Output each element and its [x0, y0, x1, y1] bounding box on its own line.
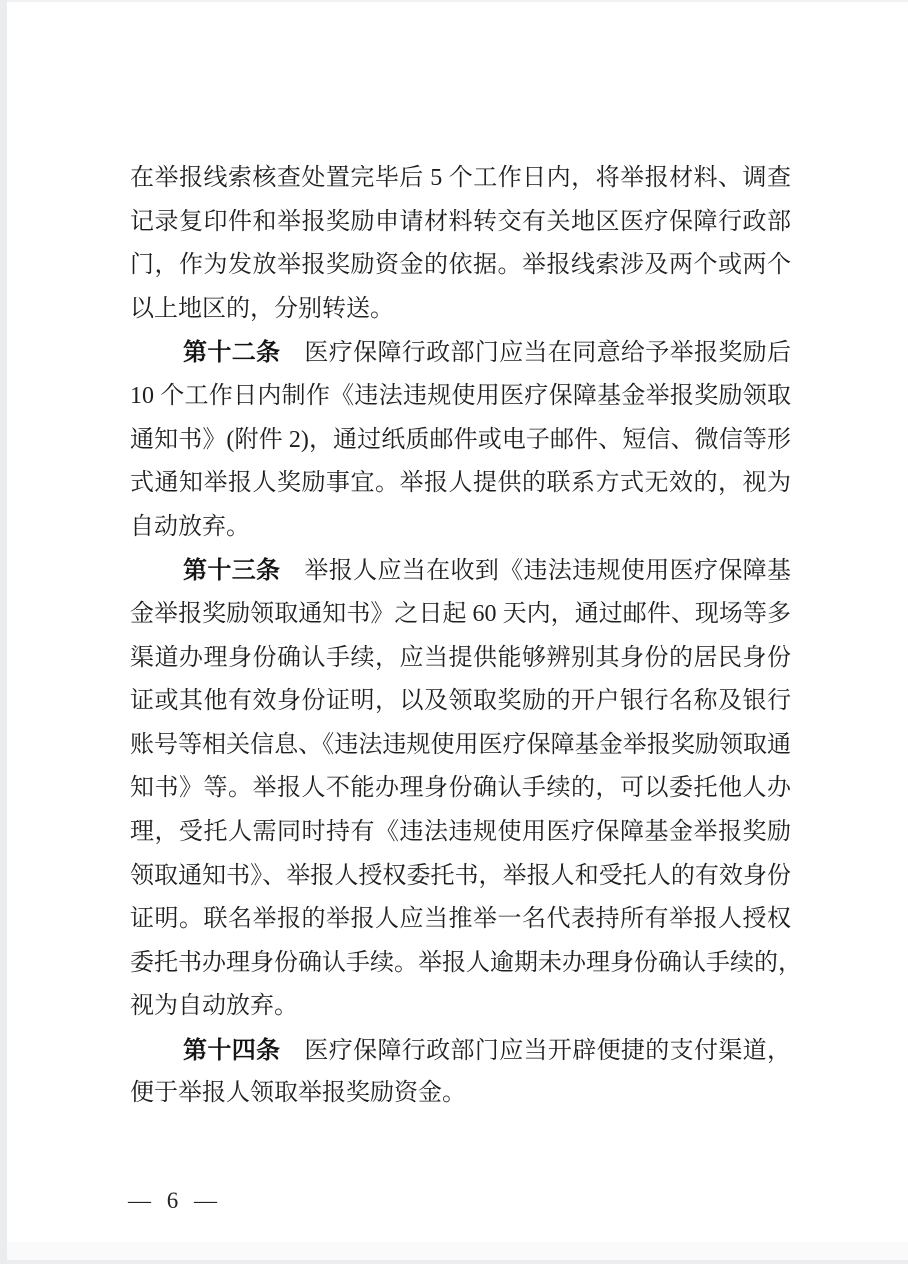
scan-edge-left — [0, 0, 7, 1264]
text-line: 10 个工作日内制作《违法违规使用医疗保障基金举报奖励领取 — [130, 375, 791, 419]
scan-edge-top — [0, 0, 908, 2]
scan-edge-bottom — [0, 1242, 908, 1264]
text-line: 证或其他有效身份证明，以及领取奖励的开户银行名称及银行 — [130, 680, 791, 724]
document-page: { "doc": { "lines": [ { "text": "在举报线索核查… — [0, 0, 908, 1264]
article-14-opening-line: 第十四条医疗保障行政部门应当开辟便捷的支付渠道， — [130, 1029, 791, 1073]
article-13-opening-line: 第十三条举报人应当在收到《违法违规使用医疗保障基 — [130, 549, 791, 593]
text-line: 领取通知书》、举报人授权委托书，举报人和受托人的有效身份 — [130, 855, 791, 899]
text-line: 自动放弃。 — [130, 506, 791, 550]
article-text: 举报人应当在收到《违法违规使用医疗保障基 — [304, 558, 791, 584]
text-line: 记录复印件和举报奖励申请材料转交有关地区医疗保障行政部 — [130, 201, 791, 245]
article-text: 医疗保障行政部门应当在同意给予举报奖励后 — [304, 340, 791, 366]
text-line: 以上地区的，分别转送。 — [130, 288, 791, 332]
text-line: 委托书办理身份确认手续。举报人逾期未办理身份确认手续的， — [130, 942, 791, 986]
article-text: 医疗保障行政部门应当开辟便捷的支付渠道， — [304, 1038, 791, 1064]
text-line: 门，作为发放举报奖励资金的依据。举报线索涉及两个或两个 — [130, 244, 791, 288]
text-line: 式通知举报人奖励事宜。举报人提供的联系方式无效的，视为 — [130, 462, 791, 506]
article-number: 第十三条 — [183, 556, 280, 584]
document-body: 在举报线索核查处置完毕后 5 个工作日内，将举报材料、调查 记录复印件和举报奖励… — [130, 157, 791, 1116]
text-line: 在举报线索核查处置完毕后 5 个工作日内，将举报材料、调查 — [130, 157, 791, 201]
article-number: 第十四条 — [183, 1036, 280, 1064]
text-line: 便于举报人领取举报奖励资金。 — [130, 1072, 791, 1116]
text-line: 通知书》(附件 2)，通过纸质邮件或电子邮件、短信、微信等形 — [130, 419, 791, 463]
text-line: 理，受托人需同时持有《违法违规使用医疗保障基金举报奖励 — [130, 811, 791, 855]
page-number: — 6 — — [128, 1188, 218, 1214]
text-line: 证明。联名举报的举报人应当推举一名代表持所有举报人授权 — [130, 898, 791, 942]
text-line: 账号等相关信息、《违法违规使用医疗保障基金举报奖励领取通 — [130, 724, 791, 768]
text-line: 渠道办理身份确认手续，应当提供能够辨别其身份的居民身份 — [130, 637, 791, 681]
article-12-opening-line: 第十二条医疗保障行政部门应当在同意给予举报奖励后 — [130, 331, 791, 375]
article-number: 第十二条 — [183, 338, 280, 366]
text-line: 知书》等。举报人不能办理身份确认手续的，可以委托他人办 — [130, 767, 791, 811]
text-line: 视为自动放弃。 — [130, 985, 791, 1029]
text-line: 金举报奖励领取通知书》之日起 60 天内，通过邮件、现场等多 — [130, 593, 791, 637]
